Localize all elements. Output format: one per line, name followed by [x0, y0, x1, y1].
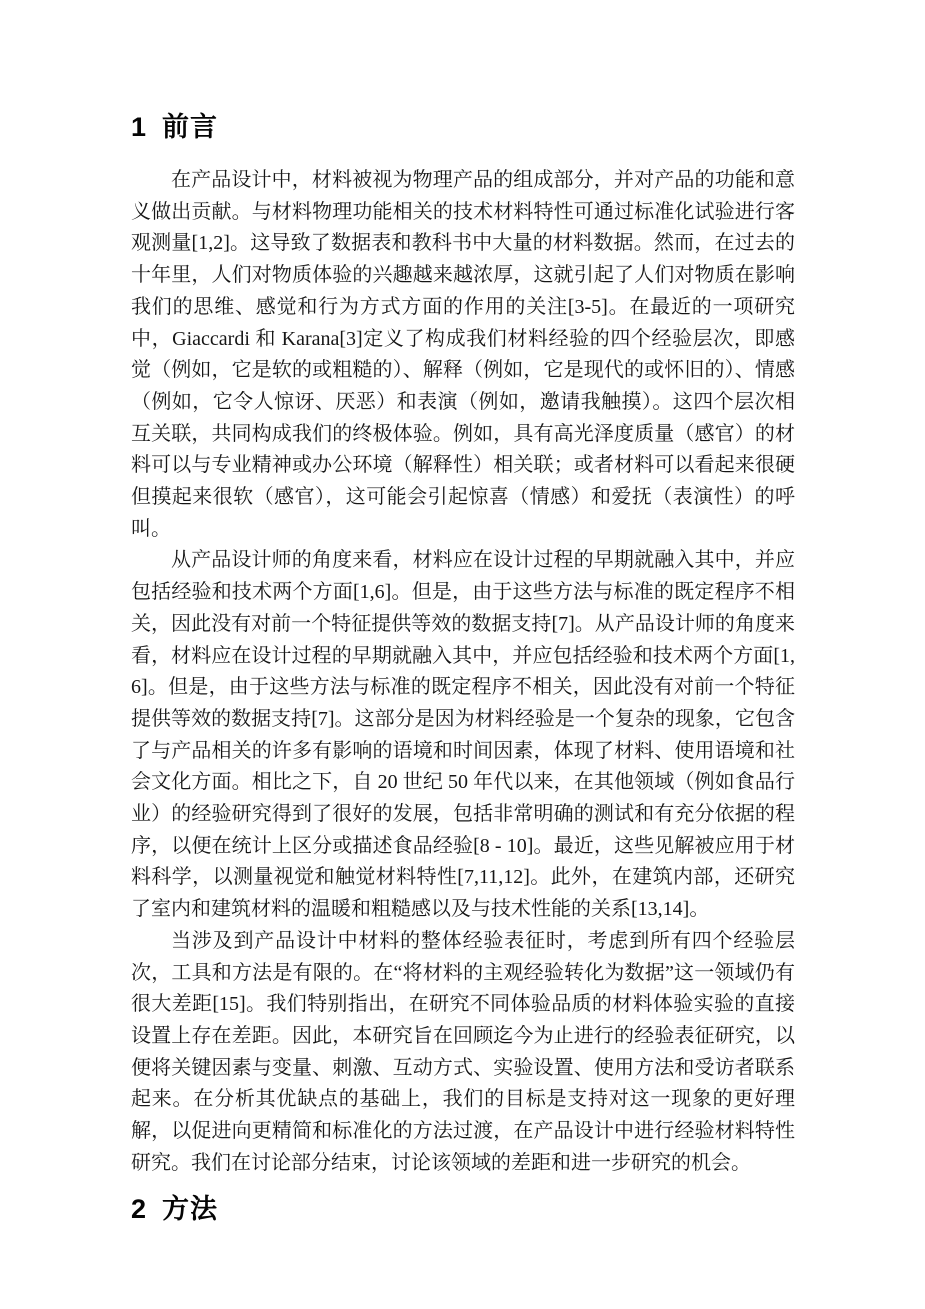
section-title: 前言: [162, 112, 218, 142]
section-heading-introduction: 1前言: [131, 110, 795, 144]
paragraph-1: 在产品设计中，材料被视为物理产品的组成部分，并对产品的功能和意义做出贡献。与材料…: [131, 165, 795, 545]
section-heading-methods: 2方法: [131, 1192, 795, 1226]
section-number: 2: [131, 1192, 147, 1226]
section-title: 方法: [162, 1194, 218, 1224]
paragraph-2: 从产品设计师的角度来看，材料应在设计过程的早期就融入其中，并应包括经验和技术两个…: [131, 545, 795, 925]
section-number: 1: [131, 110, 147, 144]
paragraph-3: 当涉及到产品设计中材料的整体经验表征时，考虑到所有四个经验层次，工具和方法是有限…: [131, 926, 795, 1180]
document-page: 1前言 在产品设计中，材料被视为物理产品的组成部分，并对产品的功能和意义做出贡献…: [0, 0, 925, 1309]
